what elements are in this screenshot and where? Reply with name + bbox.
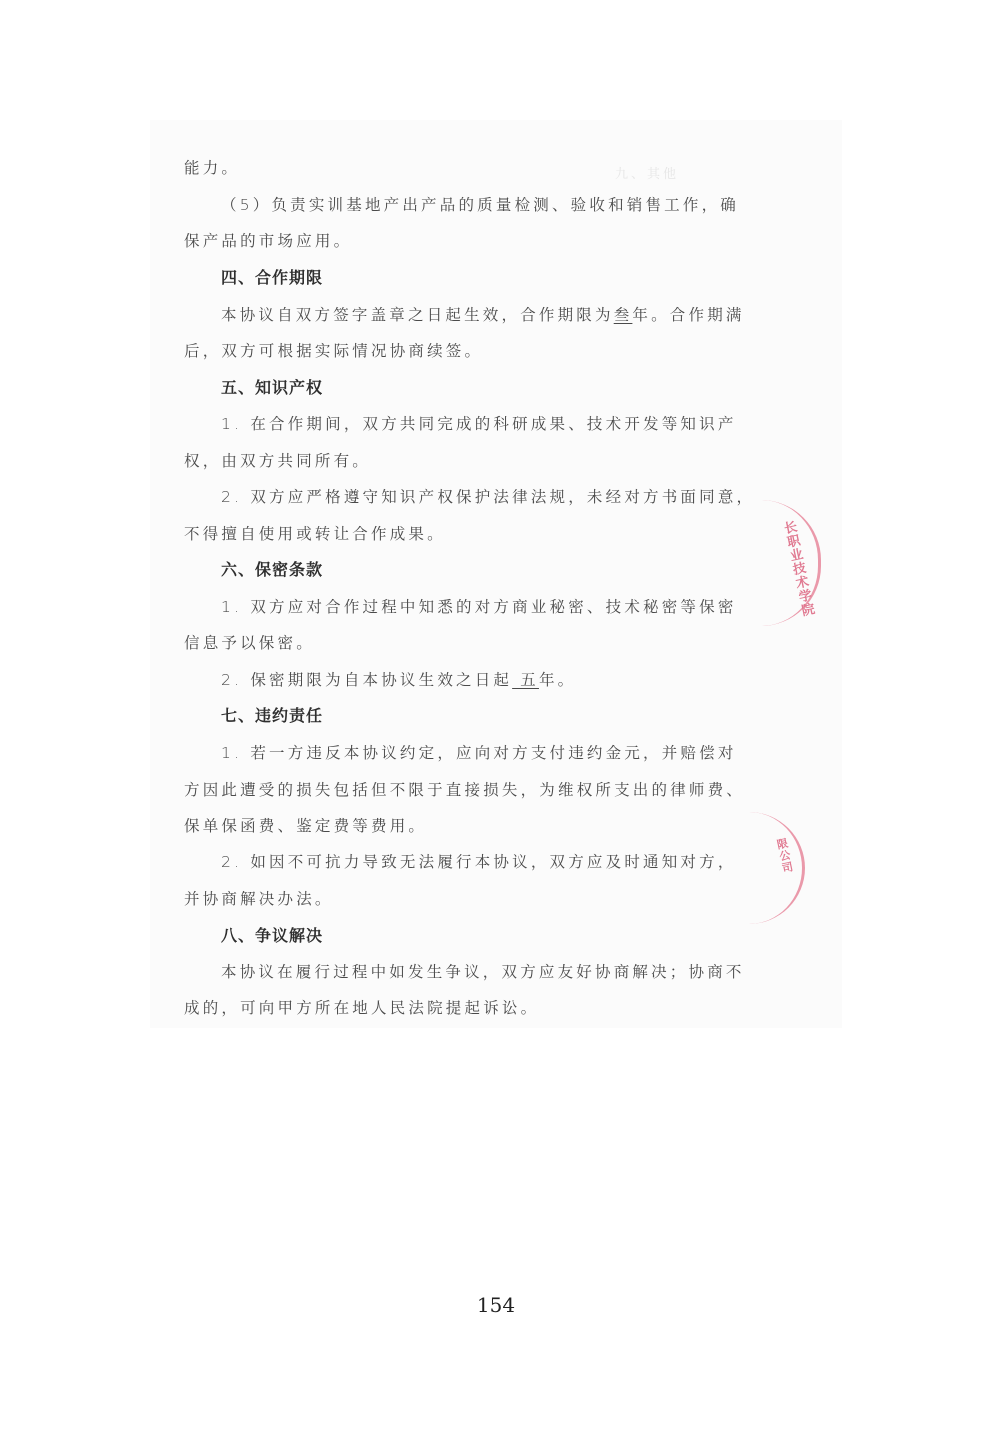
body-line: 后，双方可根据实际情况协商续签。 <box>184 341 483 361</box>
body-line: 1. 双方应对合作过程中知悉的对方商业秘密、技术秘密等保密 <box>221 597 737 617</box>
text-segment: 2. 保密期限为自本协议生效之日起 <box>221 671 512 689</box>
filled-blank-confidentiality-years: 五 <box>512 671 539 689</box>
body-line: 保产品的市场应用。 <box>184 231 352 251</box>
body-line: （5）负责实训基地产出产品的质量检测、验收和销售工作，确 <box>221 195 739 215</box>
body-line: 2. 双方应严格遵守知识产权保护法律法规，未经对方书面同意， <box>221 487 755 507</box>
body-line: 本协议在履行过程中如发生争议，双方应友好协商解决；协商不 <box>221 962 745 982</box>
body-line: 不得擅自使用或转让合作成果。 <box>184 524 446 544</box>
section-heading-confidentiality: 六、保密条款 <box>221 560 323 580</box>
text-segment: 年。合作期满 <box>632 306 744 324</box>
body-line: 1. 在合作期间，双方共同完成的科研成果、技术开发等知识产 <box>221 414 737 434</box>
body-line: 保单保函费、鉴定费等费用。 <box>184 816 427 836</box>
section-heading-term: 四、合作期限 <box>221 268 323 288</box>
section-heading-dispute: 八、争议解决 <box>221 926 323 946</box>
filled-blank-term-years: 叁 <box>614 306 633 324</box>
body-line: 2. 如因不可抗力导致无法履行本协议，双方应及时通知对方， <box>221 852 737 872</box>
body-line: 成的，可向甲方所在地人民法院提起诉讼。 <box>184 998 539 1018</box>
body-line: 信息予以保密。 <box>184 633 315 653</box>
body-line: 本协议自双方签字盖章之日起生效，合作期限为叁年。合作期满 <box>221 305 745 325</box>
body-line: 1. 若一方违反本协议约定，应向对方支付违约金元，并赔偿对 <box>221 743 737 763</box>
body-line: 能力。 <box>184 158 240 178</box>
bleed-through-text: 九、其他 <box>615 163 679 182</box>
body-line: 2. 保密期限为自本协议生效之日起 五年。 <box>221 670 576 690</box>
section-heading-ip: 五、知识产权 <box>221 378 323 398</box>
page-number: 154 <box>0 1293 992 1317</box>
body-line: 并协商解决办法。 <box>184 889 334 909</box>
text-segment: 年。 <box>539 671 576 689</box>
text-segment: 本协议自双方签字盖章之日起生效，合作期限为 <box>221 306 614 324</box>
body-line: 方因此遭受的损失包括但不限于直接损失，为维权所支出的律师费、 <box>184 780 745 800</box>
section-heading-liability: 七、违约责任 <box>221 706 323 726</box>
body-line: 权，由双方共同所有。 <box>184 451 371 471</box>
